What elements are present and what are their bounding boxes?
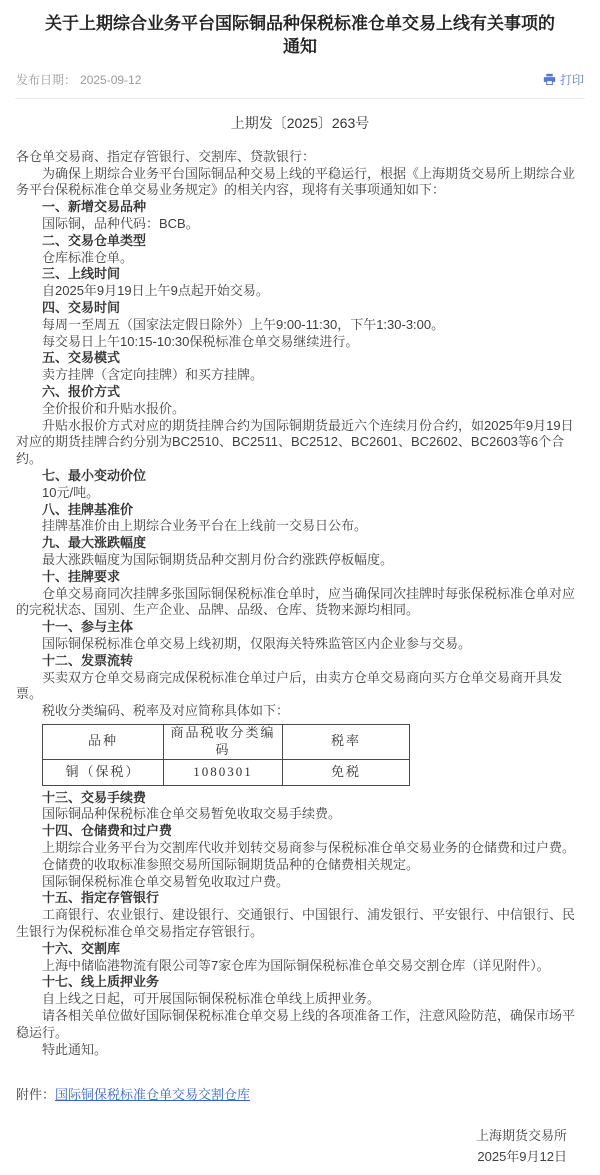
- signature-block: 上海期货交易所 2025年9月12日: [0, 1125, 600, 1175]
- section-heading: 十五、指定存管银行: [16, 890, 584, 907]
- section-heading: 十六、交割库: [16, 941, 584, 958]
- publish-date-value: 2025-09-12: [80, 73, 141, 87]
- section-heading: 四、交易时间: [16, 300, 584, 317]
- paragraph: 仓库标准仓单。: [16, 250, 584, 267]
- paragraph: 国际铜保税标准仓单交易上线初期，仅限海关特殊监管区内企业参与交易。: [16, 636, 584, 653]
- table-header-cell: 商品税收分类编码: [164, 724, 283, 759]
- section-heading: 十三、交易手续费: [16, 790, 584, 807]
- section-heading: 五、交易模式: [16, 350, 584, 367]
- paragraph: 税收分类编码、税率及对应简称具体如下：: [16, 703, 584, 720]
- paragraph: 国际铜保税标准仓单交易暂免收取过户费。: [16, 874, 584, 891]
- section-heading: 二、交易仓单类型: [16, 233, 584, 250]
- document-number: 上期发〔2025〕263号: [0, 113, 600, 133]
- table-header-cell: 税率: [283, 724, 410, 759]
- section-heading: 三、上线时间: [16, 266, 584, 283]
- paragraph: 全价报价和升贴水报价。: [16, 401, 584, 418]
- paragraph: 上期综合业务平台为交割库代收并划转交易商参与保税标准仓单交易业务的仓储费和过户费…: [16, 840, 584, 857]
- paragraph: 每交易日上午10:15-10:30保税标准仓单交易继续进行。: [16, 334, 584, 351]
- paragraph: 买卖双方仓单交易商完成保税标准仓单过户后，由卖方仓单交易商向买方仓单交易商开具发…: [16, 670, 584, 704]
- notice-body: 各仓单交易商、指定存管银行、交割库、贷款银行：为确保上期综合业务平台国际铜品种交…: [0, 133, 600, 1058]
- attachment-row: 附件：国际铜保税标准仓单交易交割仓库: [0, 1084, 600, 1103]
- meta-row: 发布日期：2025-09-12 打印: [0, 59, 600, 98]
- paragraph: 特此通知。: [16, 1042, 584, 1059]
- section-heading: 七、最小变动价位: [16, 468, 584, 485]
- section-heading: 十一、参与主体: [16, 619, 584, 636]
- paragraph: 国际铜品种保税标准仓单交易暂免收取交易手续费。: [16, 806, 584, 823]
- signature-date: 2025年9月12日: [16, 1146, 567, 1167]
- section-heading: 十四、仓储费和过户费: [16, 823, 584, 840]
- paragraph: 卖方挂牌（含定向挂牌）和买方挂牌。: [16, 367, 584, 384]
- section-heading: 一、新增交易品种: [16, 199, 584, 216]
- page-title: 关于上期综合业务平台国际铜品种保税标准仓单交易上线有关事项的通知: [0, 0, 600, 59]
- paragraph: 各仓单交易商、指定存管银行、交割库、贷款银行：: [16, 149, 584, 166]
- section-heading: 六、报价方式: [16, 384, 584, 401]
- signature-org: 上海期货交易所: [16, 1125, 567, 1146]
- printer-icon: [543, 73, 556, 86]
- paragraph: 为确保上期综合业务平台国际铜品种交易上线的平稳运行，根据《上海期货交易所上期综合…: [16, 166, 584, 200]
- print-button[interactable]: 打印: [543, 71, 584, 88]
- paragraph: 国际铜，品种代码：BCB。: [16, 216, 584, 233]
- paragraph: 工商银行、农业银行、建设银行、交通银行、中国银行、浦发银行、平安银行、中信银行、…: [16, 907, 584, 941]
- table-cell: 1080301: [164, 759, 283, 785]
- attachment-link[interactable]: 国际铜保税标准仓单交易交割仓库: [55, 1087, 250, 1102]
- section-heading: 十七、线上质押业务: [16, 974, 584, 991]
- paragraph: 上海中储临港物流有限公司等7家仓库为国际铜保税标准仓单交易交割仓库（详见附件）。: [16, 958, 584, 975]
- paragraph: 自上线之日起，可开展国际铜保税标准仓单线上质押业务。: [16, 991, 584, 1008]
- notice-page: 关于上期综合业务平台国际铜品种保税标准仓单交易上线有关事项的通知 发布日期：20…: [0, 0, 600, 1175]
- attachment-label: 附件：: [16, 1087, 55, 1102]
- section-heading: 十、挂牌要求: [16, 569, 584, 586]
- paragraph: 10元/吨。: [16, 485, 584, 502]
- table-header-cell: 品种: [43, 724, 164, 759]
- header-divider: [15, 98, 585, 99]
- paragraph: 每周一至周五（国家法定假日除外）上午9:00-11:30，下午1:30-3:00…: [16, 317, 584, 334]
- print-button-label: 打印: [560, 71, 584, 88]
- table-cell: 铜（保税）: [43, 759, 164, 785]
- section-heading: 十二、发票流转: [16, 653, 584, 670]
- publish-date: 发布日期：2025-09-12: [16, 71, 141, 88]
- section-heading: 九、最大涨跌幅度: [16, 535, 584, 552]
- paragraph: 挂牌基准价由上期综合业务平台在上线前一交易日公布。: [16, 518, 584, 535]
- paragraph: 自2025年9月19日上午9点起开始交易。: [16, 283, 584, 300]
- paragraph: 仓单交易商同次挂牌多张国际铜保税标准仓单时，应当确保同次挂牌时每张保税标准仓单对…: [16, 586, 584, 620]
- paragraph: 最大涨跌幅度为国际铜期货品种交割月份合约涨跌停板幅度。: [16, 552, 584, 569]
- paragraph: 升贴水报价方式对应的期货挂牌合约为国际铜期货最近六个连续月份合约，如2025年9…: [16, 418, 584, 468]
- tax-table: 品种商品税收分类编码税率铜（保税）1080301免税: [42, 724, 410, 786]
- paragraph: 仓储费的收取标准参照交易所国际铜期货品种的仓储费相关规定。: [16, 857, 584, 874]
- table-cell: 免税: [283, 759, 410, 785]
- publish-date-label: 发布日期：: [16, 73, 76, 87]
- section-heading: 八、挂牌基准价: [16, 502, 584, 519]
